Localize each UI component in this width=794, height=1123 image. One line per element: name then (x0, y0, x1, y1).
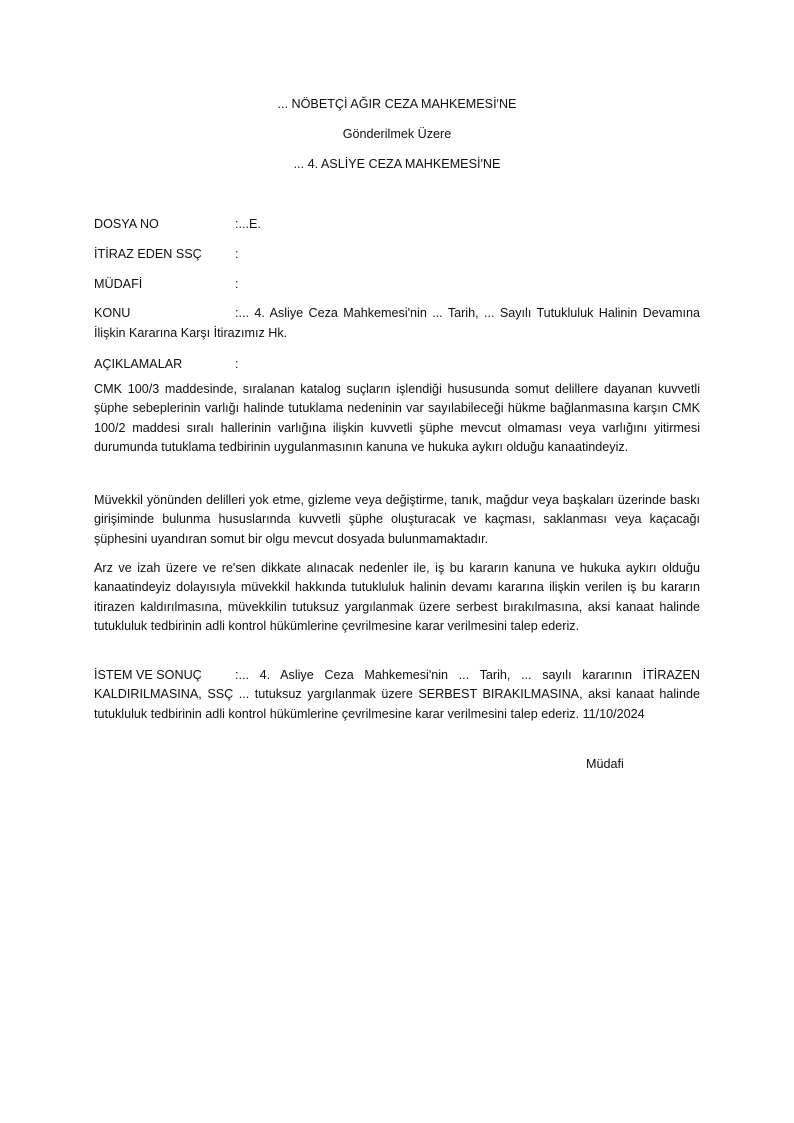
field-value: :...E. (235, 216, 261, 232)
field-label: AÇIKLAMALAR (94, 356, 182, 372)
explanation-paragraph-2: Müvekkil yönünden delilleri yok etme, gi… (94, 491, 700, 549)
field-label: MÜDAFİ (94, 276, 142, 292)
field-label: DOSYA NO (94, 216, 159, 232)
field-konu: KONU:... 4. Asliye Ceza Mahkemesi'nin ..… (94, 304, 700, 343)
explanation-paragraph-3: Arz ve izah üzere ve re'sen dikkate alın… (94, 559, 700, 637)
recipient-court-heading: ... 4. ASLİYE CEZA MAHKEMESİ'NE (0, 156, 794, 172)
field-label: KONU (94, 304, 235, 324)
field-value: : (235, 246, 239, 262)
istem-ve-sonuc: İSTEM VE SONUÇ:... 4. Asliye Ceza Mahkem… (94, 666, 700, 724)
field-label: İTİRAZ EDEN SSÇ (94, 246, 202, 262)
document-page: ... NÖBETÇİ AĞIR CEZA MAHKEMESİ'NE Gönde… (0, 0, 794, 1123)
field-value: : (235, 276, 239, 292)
forwarding-note: Gönderilmek Üzere (0, 126, 794, 142)
signature-label: Müdafi (586, 756, 624, 772)
explanation-paragraph-1: CMK 100/3 maddesinde, sıralanan katalog … (94, 380, 700, 458)
field-value: : (235, 356, 239, 372)
field-label: İSTEM VE SONUÇ (94, 666, 235, 685)
court-heading: ... NÖBETÇİ AĞIR CEZA MAHKEMESİ'NE (0, 96, 794, 112)
